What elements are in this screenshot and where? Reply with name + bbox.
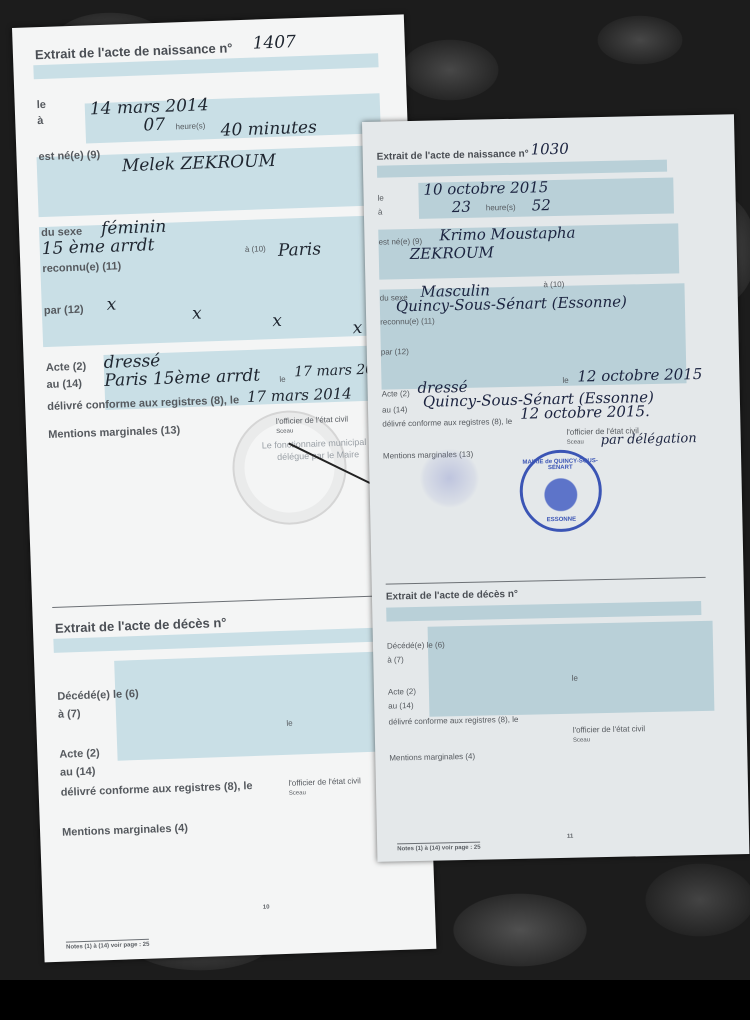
birth-minutes: 40 minutes bbox=[220, 117, 317, 140]
stamp-bottom-text: ESSONNE bbox=[523, 516, 599, 524]
cross-mark: x bbox=[272, 311, 282, 331]
label-officier: l'officier de l'état civil bbox=[288, 776, 361, 788]
death-heading: Extrait de l'acte de décès n° bbox=[386, 589, 518, 603]
birth-delivre-date: 17 mars 2014 bbox=[247, 384, 352, 406]
section-divider bbox=[52, 595, 397, 608]
label-mentions: Mentions marginales (4) bbox=[389, 752, 475, 763]
label-acte: Acte (2) bbox=[382, 389, 410, 399]
stamp-top-text: MAIRIE de QUINCY-SOUS-SÉNART bbox=[522, 458, 598, 472]
label-par: par (12) bbox=[44, 304, 84, 317]
label-sceau: Sceau bbox=[573, 737, 590, 743]
cross-mark: x bbox=[352, 318, 362, 338]
birth-name-line1: Krimo Moustapha bbox=[439, 224, 575, 245]
label-a: à bbox=[37, 115, 44, 127]
label-officier: l'officier de l'état civil bbox=[276, 415, 349, 427]
label-a: à bbox=[378, 208, 383, 217]
label-mentions: Mentions marginales (4) bbox=[62, 822, 188, 838]
page-number: 11 bbox=[567, 834, 573, 840]
label-a7: à (7) bbox=[387, 655, 404, 664]
section-divider bbox=[386, 577, 706, 585]
label-delivre: délivré conforme aux registres (8), le bbox=[388, 715, 518, 727]
birth-place: Paris bbox=[278, 239, 322, 260]
label-a10: à (10) bbox=[245, 244, 266, 254]
birth-name-line2: ZEKROUM bbox=[410, 243, 495, 263]
label-le: le bbox=[36, 99, 46, 111]
label-au: au (14) bbox=[388, 701, 414, 711]
label-par: par (12) bbox=[381, 347, 409, 357]
birth-minutes: 52 bbox=[532, 196, 551, 214]
label-au: au (14) bbox=[60, 766, 96, 779]
mairie-stamp: MAIRIE de QUINCY-SOUS-SÉNART ESSONNE bbox=[519, 449, 603, 533]
label-sceau: Sceau bbox=[276, 428, 293, 435]
birth-number: 1407 bbox=[252, 32, 296, 53]
label-a10: à (10) bbox=[543, 280, 564, 289]
right-page: Extrait de l'acte de naissance n° 1030 l… bbox=[362, 114, 749, 862]
label-delivre: délivré conforme aux registres (8), le bbox=[382, 417, 512, 429]
label-au: au (14) bbox=[46, 378, 82, 391]
label-le2: le bbox=[279, 375, 286, 384]
label-reconnu: reconnu(e) (11) bbox=[380, 317, 435, 327]
birth-hour: 07 bbox=[143, 115, 165, 136]
footnote: Notes (1) à (14) voir page : 25 bbox=[66, 939, 150, 951]
footnote: Notes (1) à (14) voir page : 25 bbox=[397, 842, 481, 853]
label-sceau: Sceau bbox=[289, 790, 306, 797]
birth-delivre-date: 12 octobre 2015. bbox=[520, 402, 650, 423]
label-heures: heure(s) bbox=[175, 121, 205, 131]
label-le: le bbox=[378, 194, 384, 203]
stamp-line-2: délégué par le Maire bbox=[277, 448, 359, 463]
label-sceau: Sceau bbox=[567, 439, 584, 445]
label-le: le bbox=[286, 719, 293, 728]
label-acte: Acte (2) bbox=[46, 361, 87, 374]
label-officier: l'officier de l'état civil bbox=[573, 724, 645, 735]
label-delivre: délivré conforme aux registres (8), le bbox=[61, 780, 253, 799]
label-heures: heure(s) bbox=[486, 203, 516, 213]
birth-place-detail: 15 ème arrdt bbox=[41, 235, 154, 259]
birth-date: 10 octobre 2015 bbox=[423, 178, 548, 199]
label-acte: Acte (2) bbox=[59, 747, 100, 760]
par-delegation: par délégation bbox=[601, 431, 697, 448]
label-au: au (14) bbox=[382, 405, 408, 415]
label-acte: Acte (2) bbox=[388, 687, 416, 697]
label-mentions: Mentions marginales (13) bbox=[48, 424, 180, 441]
birth-number: 1030 bbox=[530, 140, 569, 159]
bottom-black-bar bbox=[0, 980, 750, 1020]
label-decede: Décédé(e) le (6) bbox=[387, 640, 445, 650]
label-le: le bbox=[572, 674, 578, 683]
page-number: 10 bbox=[263, 905, 270, 911]
birth-acte-date: 12 octobre 2015 bbox=[577, 365, 702, 386]
cross-mark: x bbox=[192, 304, 202, 324]
label-delivre: délivré conforme aux registres (8), le bbox=[47, 394, 239, 413]
label-a7: à (7) bbox=[58, 708, 81, 721]
embossed-seal bbox=[231, 409, 349, 527]
faded-stamp bbox=[419, 448, 480, 509]
label-est-ne: est né(e) (9) bbox=[38, 149, 100, 163]
death-heading: Extrait de l'acte de décès n° bbox=[55, 615, 227, 636]
cross-mark: x bbox=[106, 295, 116, 315]
label-le2: le bbox=[562, 376, 568, 385]
birth-heading: Extrait de l'acte de naissance n° bbox=[377, 149, 529, 163]
birth-hour: 23 bbox=[452, 198, 471, 216]
